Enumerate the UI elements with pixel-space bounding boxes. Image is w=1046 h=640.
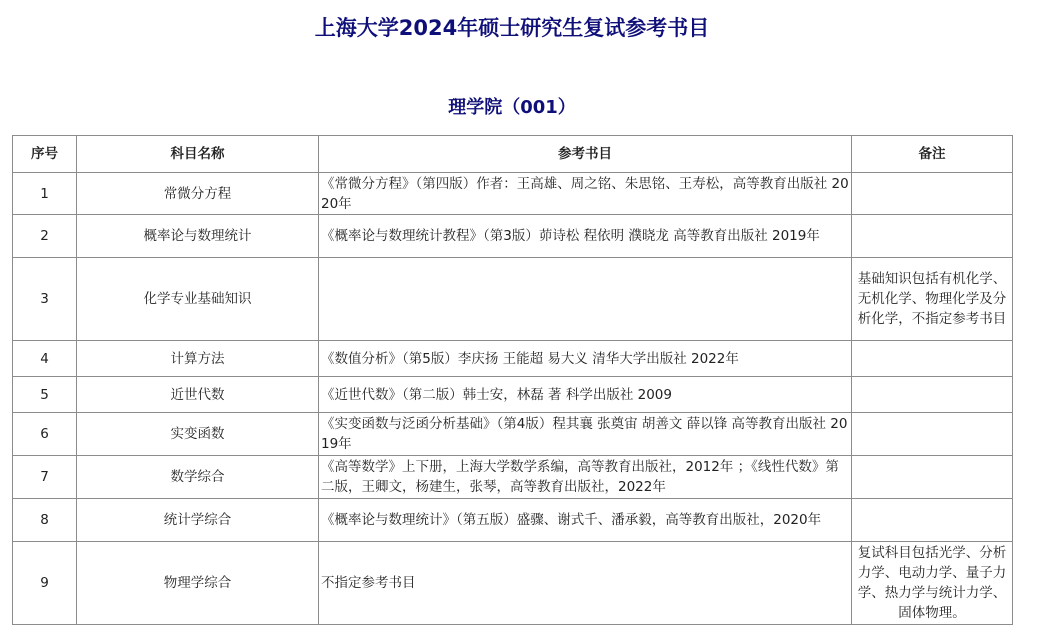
cell-notes: 复试科目包括光学、分析力学、电动力学、量子力学、热力学与统计力学、固体物理。 bbox=[852, 542, 1013, 625]
cell-books: 《数值分析》（第5版）李庆扬 王能超 易大义 清华大学出版社 2022年 bbox=[319, 341, 852, 377]
cell-subject: 物理学综合 bbox=[77, 542, 319, 625]
cell-notes bbox=[852, 413, 1013, 456]
table-row: 1 常微分方程 《常微分方程》（第四版）作者：王高雄、周之铭、朱思铭、王寿松，高… bbox=[13, 173, 1013, 215]
cell-books: 《概率论与数理统计》（第五版）盛骤、谢式千、潘承毅，高等教育出版社，2020年 bbox=[319, 499, 852, 542]
table-row: 8 统计学综合 《概率论与数理统计》（第五版）盛骤、谢式千、潘承毅，高等教育出版… bbox=[13, 499, 1013, 542]
cell-notes bbox=[852, 215, 1013, 258]
cell-books bbox=[319, 258, 852, 341]
table-row: 5 近世代数 《近世代数》（第二版）韩士安，林磊 著 科学出版社 2009 bbox=[13, 377, 1013, 413]
cell-books: 《高等数学》上下册，上海大学数学系编，高等教育出版社，2012年 ；《线性代数》… bbox=[319, 456, 852, 499]
cell-books: 《实变函数与泛函分析基础》（第4版）程其襄 张奠宙 胡善文 薛以锋 高等教育出版… bbox=[319, 413, 852, 456]
page-title: 上海大学2024年硕士研究生复试参考书目 bbox=[0, 12, 1024, 42]
cell-subject: 数学综合 bbox=[77, 456, 319, 499]
cell-no: 3 bbox=[13, 258, 77, 341]
cell-subject: 统计学综合 bbox=[77, 499, 319, 542]
cell-books: 《概率论与数理统计教程》（第3版）茆诗松 程依明 濮晓龙 高等教育出版社 201… bbox=[319, 215, 852, 258]
cell-subject: 实变函数 bbox=[77, 413, 319, 456]
cell-no: 8 bbox=[13, 499, 77, 542]
cell-notes bbox=[852, 341, 1013, 377]
cell-no: 5 bbox=[13, 377, 77, 413]
cell-subject: 化学专业基础知识 bbox=[77, 258, 319, 341]
table-row: 6 实变函数 《实变函数与泛函分析基础》（第4版）程其襄 张奠宙 胡善文 薛以锋… bbox=[13, 413, 1013, 456]
cell-subject: 近世代数 bbox=[77, 377, 319, 413]
cell-books: 《常微分方程》（第四版）作者：王高雄、周之铭、朱思铭、王寿松，高等教育出版社 2… bbox=[319, 173, 852, 215]
table-row: 2 概率论与数理统计 《概率论与数理统计教程》（第3版）茆诗松 程依明 濮晓龙 … bbox=[13, 215, 1013, 258]
table-row: 4 计算方法 《数值分析》（第5版）李庆扬 王能超 易大义 清华大学出版社 20… bbox=[13, 341, 1013, 377]
header-books: 参考书目 bbox=[319, 136, 852, 173]
cell-subject: 常微分方程 bbox=[77, 173, 319, 215]
cell-subject: 计算方法 bbox=[77, 341, 319, 377]
cell-notes: 基础知识包括有机化学、无机化学、物理化学及分析化学，不指定参考书目 bbox=[852, 258, 1013, 341]
cell-books: 不指定参考书目 bbox=[319, 542, 852, 625]
section-title: 理学院（001） bbox=[0, 93, 1024, 119]
table-row: 7 数学综合 《高等数学》上下册，上海大学数学系编，高等教育出版社，2012年 … bbox=[13, 456, 1013, 499]
cell-no: 1 bbox=[13, 173, 77, 215]
header-no: 序号 bbox=[13, 136, 77, 173]
header-subject: 科目名称 bbox=[77, 136, 319, 173]
table-header-row: 序号 科目名称 参考书目 备注 bbox=[13, 136, 1013, 173]
cell-no: 6 bbox=[13, 413, 77, 456]
cell-no: 9 bbox=[13, 542, 77, 625]
cell-no: 7 bbox=[13, 456, 77, 499]
cell-notes bbox=[852, 173, 1013, 215]
cell-no: 2 bbox=[13, 215, 77, 258]
table-row: 9 物理学综合 不指定参考书目 复试科目包括光学、分析力学、电动力学、量子力学、… bbox=[13, 542, 1013, 625]
cell-notes bbox=[852, 456, 1013, 499]
cell-notes bbox=[852, 377, 1013, 413]
cell-subject: 概率论与数理统计 bbox=[77, 215, 319, 258]
cell-notes bbox=[852, 499, 1013, 542]
reference-books-table: 序号 科目名称 参考书目 备注 1 常微分方程 《常微分方程》（第四版）作者：王… bbox=[12, 135, 1013, 625]
cell-books: 《近世代数》（第二版）韩士安，林磊 著 科学出版社 2009 bbox=[319, 377, 852, 413]
header-notes: 备注 bbox=[852, 136, 1013, 173]
cell-no: 4 bbox=[13, 341, 77, 377]
table-row: 3 化学专业基础知识 基础知识包括有机化学、无机化学、物理化学及分析化学，不指定… bbox=[13, 258, 1013, 341]
